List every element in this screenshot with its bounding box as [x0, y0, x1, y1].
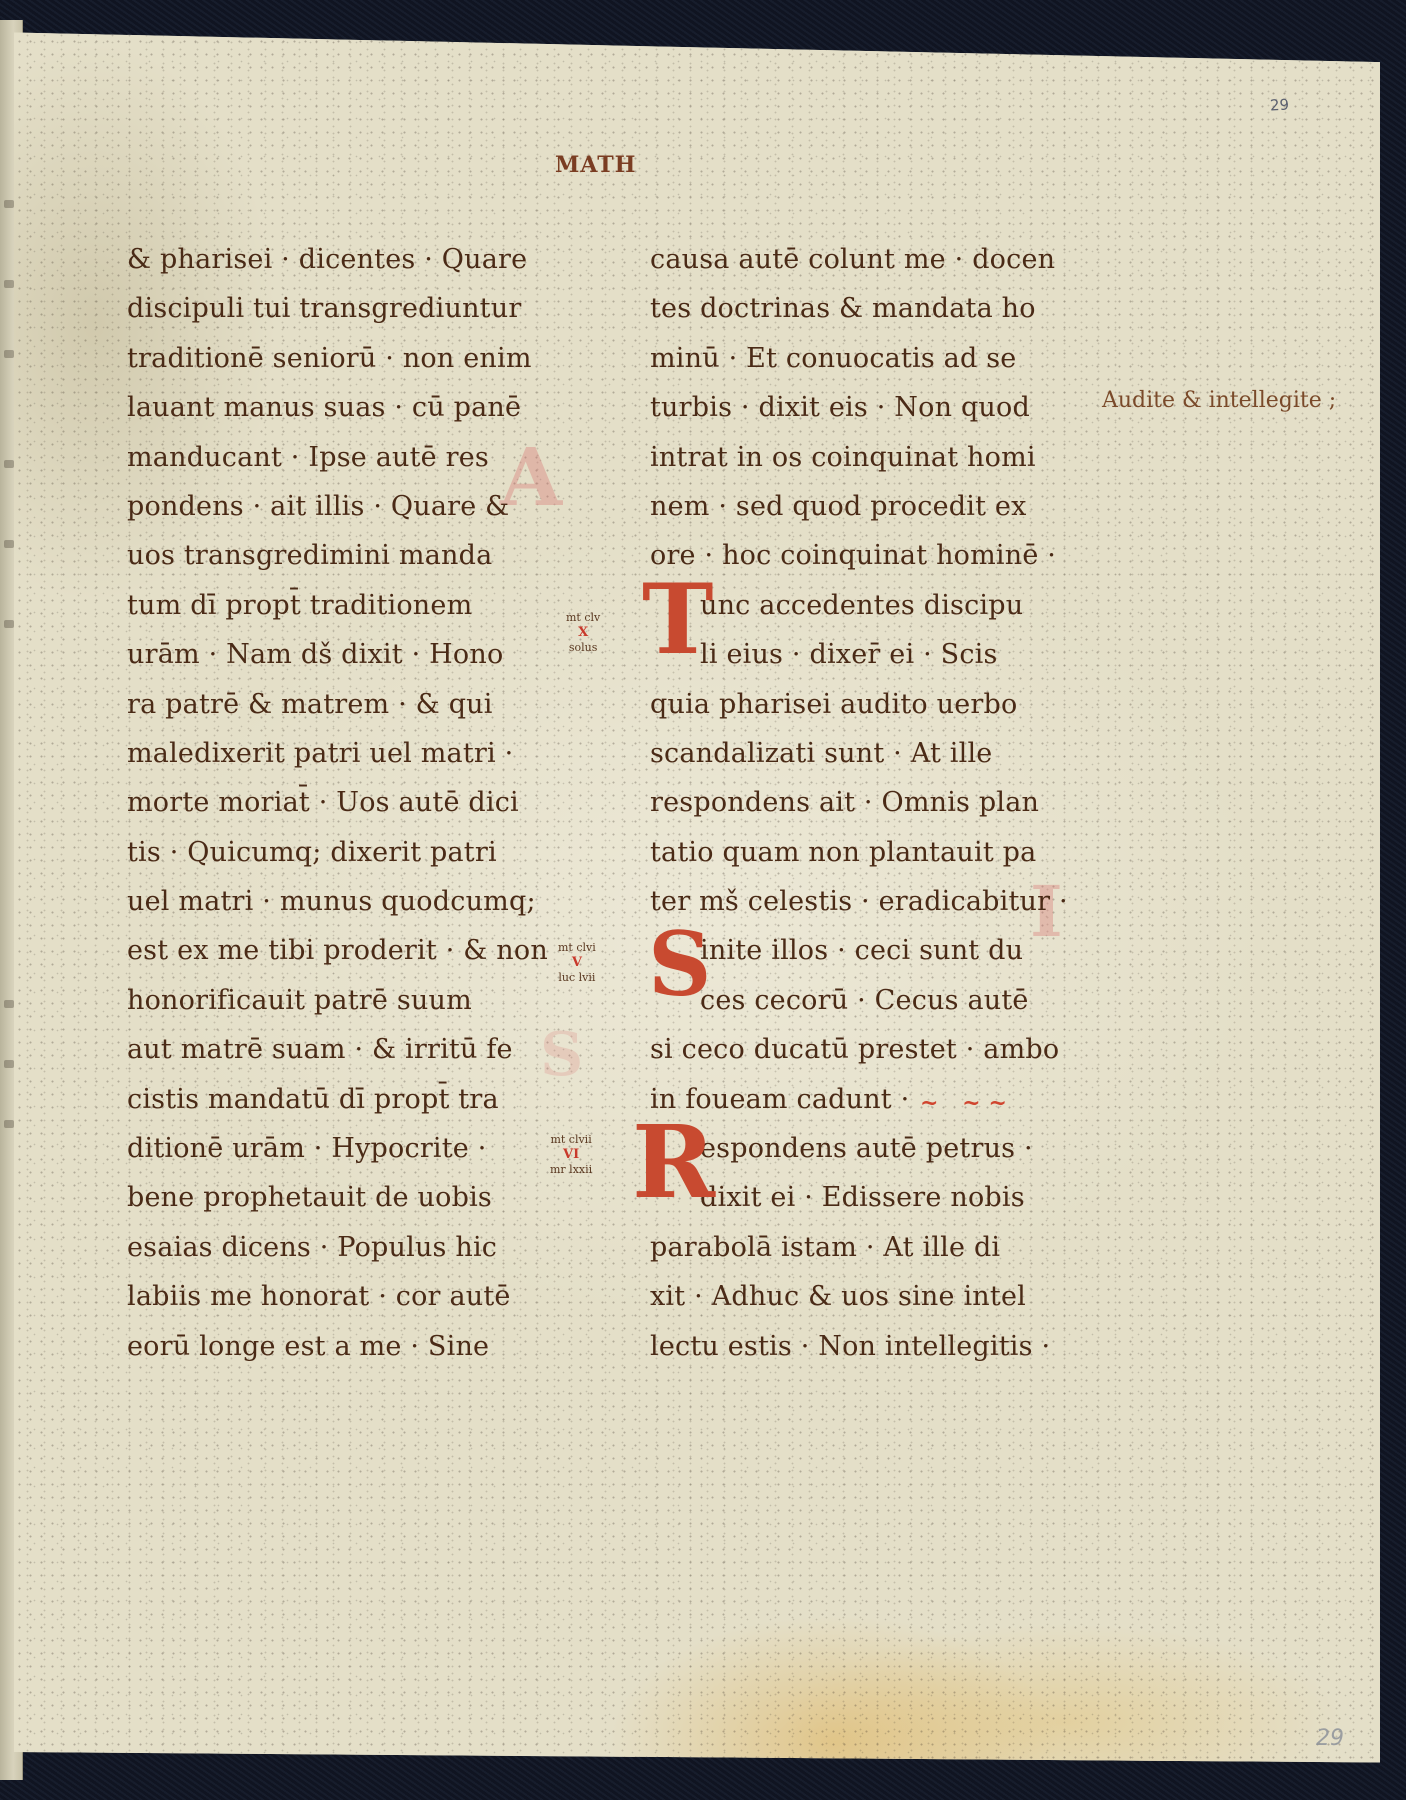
text-line: discipuli tui transgrediuntur [127, 284, 548, 333]
leaf-bleed-mark [4, 350, 14, 358]
leaf-bleed-mark [4, 280, 14, 288]
canon-note-mark: V [558, 955, 596, 970]
text-line: tum dī propt̄ traditionem [127, 581, 548, 630]
text-line: labiis me honorat · cor autē [127, 1272, 548, 1321]
text-line: parabolā istam · At ille di [650, 1223, 1068, 1272]
text-line: traditionē seniorū · non enim [127, 334, 548, 383]
text-line: xit · Adhuc & uos sine intel [650, 1272, 1068, 1321]
text-line: honorificauit patrē suum [127, 976, 548, 1025]
text-line: manducant · Ipse autē res [127, 433, 548, 482]
canon-note-mark: VI [550, 1147, 592, 1162]
canon-note-line: mt clvi [558, 940, 596, 955]
text-line: tes doctrinas & mandata ho [650, 284, 1068, 333]
canon-note-line: mr lxxii [550, 1162, 592, 1177]
text-line: esaias dicens · Populus hic [127, 1223, 548, 1272]
text-line: ditionē urām · Hypocrite · [127, 1124, 548, 1173]
red-initial-t: T [642, 572, 713, 668]
red-line-filler: ~ ~~ [920, 1090, 1015, 1116]
text-line: morte moriat̄ · Uos autē dici [127, 778, 548, 827]
left-text-column: & pharisei · dicentes · Quare discipuli … [127, 235, 548, 1371]
running-title: MATH [555, 152, 636, 178]
canon-note: mt clv X solus [566, 610, 600, 655]
text-line: quia pharisei audito uerbo [650, 680, 1068, 729]
leaf-bleed-mark [4, 1000, 14, 1008]
canon-note-line: mt clvii [550, 1132, 592, 1147]
marginal-gloss: Audite & intellegite ; [1102, 388, 1336, 413]
canon-note: mt clvii VI mr lxxii [550, 1132, 592, 1177]
text-line: maledixerit patri uel matri · [127, 729, 548, 778]
text-line: est ex me tibi proderit · & non [127, 926, 548, 975]
leaf-bleed-mark [4, 620, 14, 628]
text-line: lectu estis · Non intellegitis · [650, 1322, 1068, 1371]
text-line: minū · Et conuocatis ad se [650, 334, 1068, 383]
text-line: respondens ait · Omnis plan [650, 778, 1068, 827]
leaf-bleed-mark [4, 1120, 14, 1128]
folio-number-top: 29 [1270, 96, 1290, 115]
canon-note-mark: X [566, 625, 600, 640]
text-line: cistis mandatū dī propt̄ tra [127, 1075, 548, 1124]
text-line: causa autē colunt me · docen [650, 235, 1068, 284]
text-line: ter mš celestis · eradicabitur · [650, 877, 1068, 926]
text-line: nem · sed quod procedit ex [650, 482, 1068, 531]
text-line: aut matrē suam · & irritū fe [127, 1025, 548, 1074]
canon-note-line: luc lvii [558, 970, 596, 985]
text-line: ces cecorū · Cecus autē [650, 976, 1068, 1025]
canon-note-line: mt clv [566, 610, 600, 625]
text-line: tatio quam non plantauit pa [650, 828, 1068, 877]
canon-note: mt clvi V luc lvii [558, 940, 596, 985]
text-line: turbis · dixit eis · Non quod [650, 383, 1068, 432]
text-line: urām · Nam dš dixit · Hono [127, 630, 548, 679]
text-line: scandalizati sunt · At ille [650, 729, 1068, 778]
folio-number-bottom: 29 [1316, 1726, 1344, 1751]
leaf-bleed-mark [4, 1060, 14, 1068]
red-initial-s: S [648, 920, 712, 1008]
text-line: & pharisei · dicentes · Quare [127, 235, 548, 284]
leaf-bleed-mark [4, 540, 14, 548]
red-initial-r: R [632, 1112, 715, 1212]
leaf-bleed-mark [4, 460, 14, 468]
text-line: tis · Quicumq; dixerit patri [127, 828, 548, 877]
text-line: uel matri · munus quodcumq; [127, 877, 548, 926]
text-line: bene prophetauit de uobis [127, 1173, 548, 1222]
text-line: uos transgredimini manda [127, 531, 548, 580]
text-line: intrat in os coinquinat homi [650, 433, 1068, 482]
leaf-bleed-mark [4, 200, 14, 208]
text-line: si ceco ducatū prestet · ambo [650, 1025, 1068, 1074]
text-line: pondens · ait illis · Quare & [127, 482, 548, 531]
canon-note-line: solus [566, 640, 600, 655]
text-line: ra patrē & matrem · & qui [127, 680, 548, 729]
text-line: eorū longe est a me · Sine [127, 1322, 548, 1371]
text-line: lauant manus suas · cū panē [127, 383, 548, 432]
text-line: inite illos · ceci sunt du [650, 926, 1068, 975]
